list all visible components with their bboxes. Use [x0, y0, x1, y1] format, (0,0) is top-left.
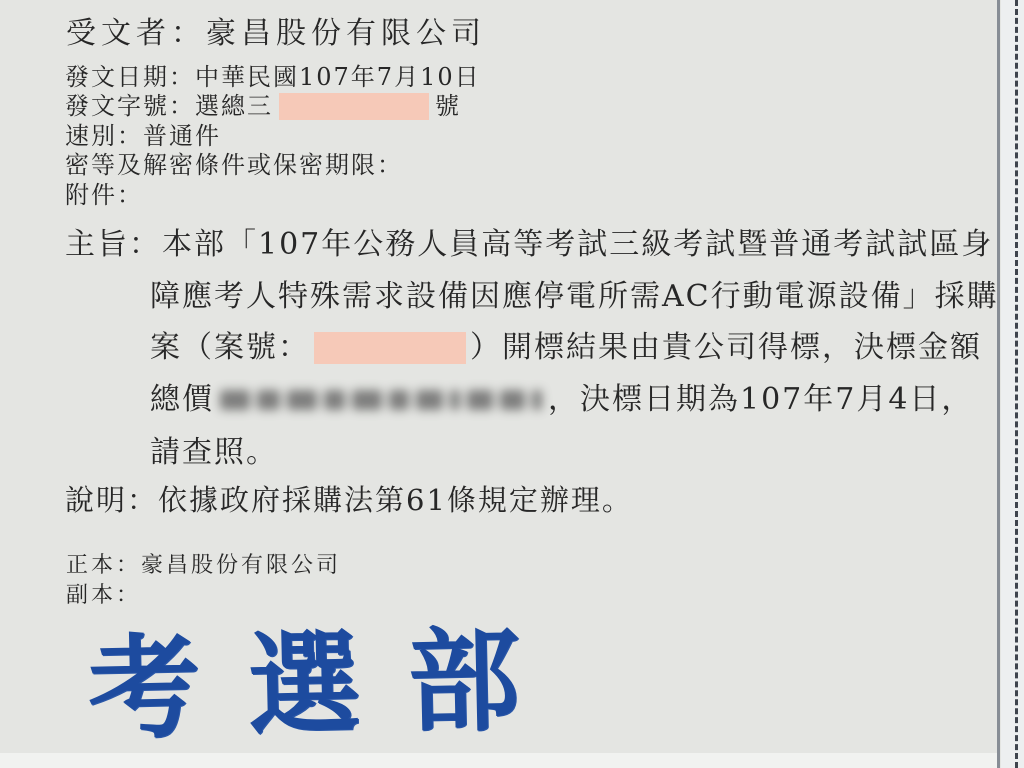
original-recipient-line: 正本：豪昌股份有限公司 — [66, 553, 341, 578]
scan-margin-strip — [1001, 0, 1024, 768]
subject-label: 主旨： — [65, 228, 161, 263]
copy-recipient-line: 副本： — [66, 583, 141, 608]
agency-calligraphy-stamp: 考選部 — [87, 613, 570, 757]
issue-date-line: 發文日期：中華民國107年7月10日 — [65, 64, 481, 92]
case-number-redaction-highlight — [314, 332, 466, 364]
doc-number-redaction-highlight — [279, 93, 429, 120]
subject-line-4: 總價 ，決標日期為107年7月4日， — [150, 383, 973, 418]
doc-number-line: 發文字號：選總三 號 — [65, 93, 461, 121]
attachment-line: 附件： — [65, 182, 143, 210]
subject-line-2: 障應考人特殊需求設備因應停電所需AC行動電源設備」採購 — [150, 280, 999, 315]
case-number-suffix: ）開標結果由貴公司得標，決標金額 — [470, 331, 982, 366]
paper-right-edge-line — [997, 0, 1000, 768]
award-date-text: ，決標日期為107年7月4日， — [548, 383, 973, 418]
security-line: 密等及解密條件或保密期限： — [65, 152, 403, 180]
blurred-amount-redaction — [220, 385, 542, 415]
recipient-line: 受文者：豪昌股份有限公司 — [66, 17, 486, 52]
total-price-label: 總價 — [150, 383, 214, 418]
dashed-fold-line — [1015, 0, 1018, 768]
doc-number-prefix: 發文字號：選總三 — [65, 93, 273, 121]
subject-line-3: 案（案號： ）開標結果由貴公司得標，決標金額 — [150, 331, 982, 366]
subject-line-5: 請查照。 — [150, 436, 278, 471]
doc-number-suffix: 號 — [435, 93, 461, 121]
explanation-line: 說明：依據政府採購法第61條規定辦理。 — [65, 484, 633, 517]
subject-line-1: 本部「107年公務人員高等考試三級考試暨普通考試試區身 — [162, 228, 993, 263]
scanned-official-letter: 受文者：豪昌股份有限公司 發文日期：中華民國107年7月10日 發文字號：選總三… — [0, 0, 1024, 768]
paper-bottom-edge — [0, 753, 997, 768]
case-number-prefix: 案（案號： — [150, 331, 310, 366]
speed-class-line: 速別：普通件 — [65, 123, 221, 151]
